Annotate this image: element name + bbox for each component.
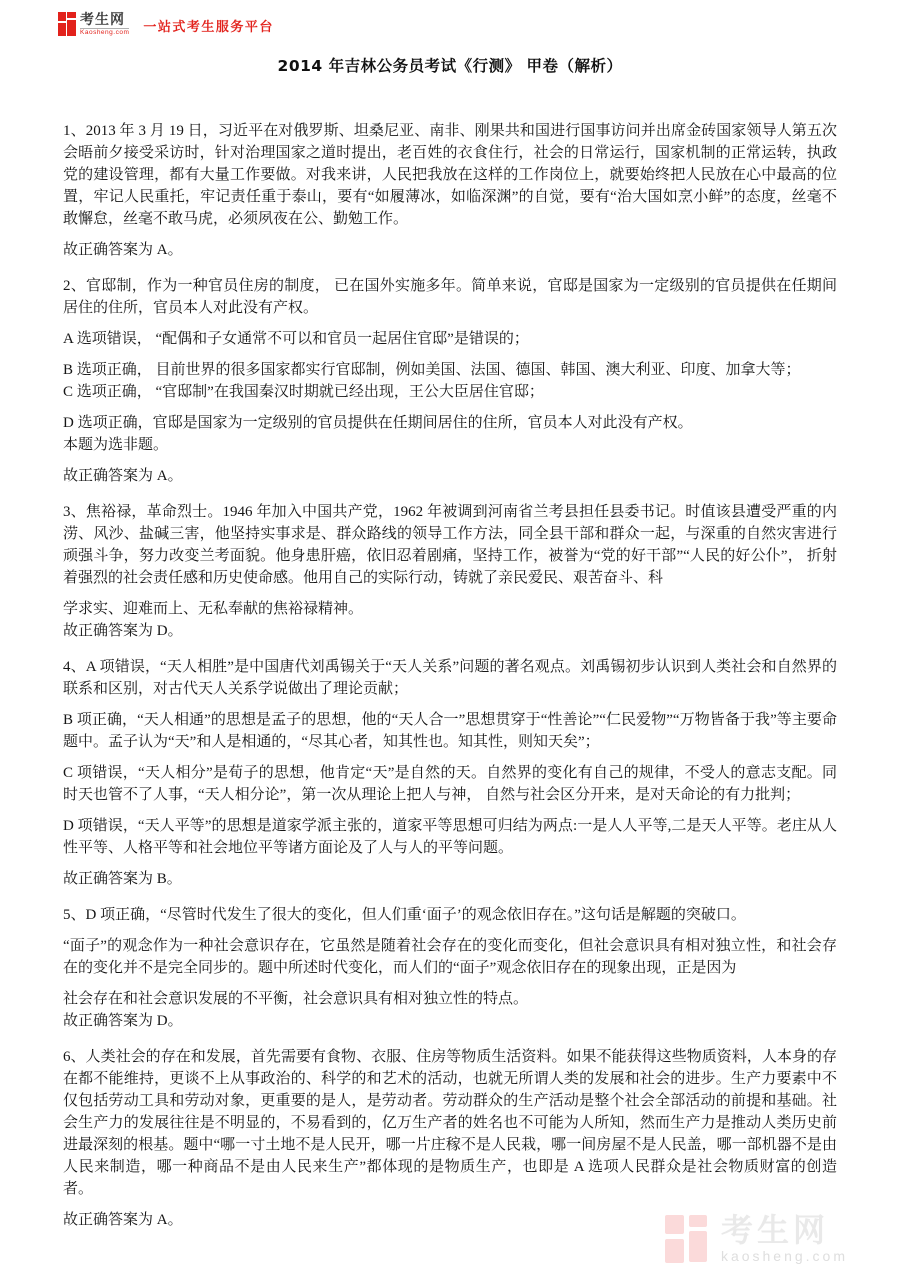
- paragraph: 6、人类社会的存在和发展，首先需要有食物、衣服、住房等物质生活资料。如果不能获得…: [63, 1046, 837, 1200]
- paragraph: D 选项正确，官邸是国家为一定级别的官员提供在任期间居住的住所，官员本人对此没有…: [63, 412, 837, 456]
- paragraph: 故正确答案为 A。: [63, 239, 837, 261]
- paragraph: 故正确答案为 B。: [63, 868, 837, 890]
- paragraph: 3、焦裕禄，革命烈士。1946 年加入中国共产党，1962 年被调到河南省兰考县…: [63, 501, 837, 589]
- question-1: 1、2013 年 3 月 19 日，习近平在对俄罗斯、坦桑尼亚、南非、刚果共和国…: [63, 120, 837, 261]
- site-logo: 考生网 Kaosheng.com 一站式考生服务平台: [58, 8, 837, 36]
- watermark-logo-domain: kaosheng.com: [721, 1249, 848, 1263]
- document-page: 考生网 Kaosheng.com 一站式考生服务平台 2014 年吉林公务员考试…: [0, 0, 900, 1231]
- logo-tagline: 一站式考生服务平台: [143, 16, 274, 36]
- page-title: 2014 年吉林公务员考试《行测》 甲卷（解析）: [63, 54, 837, 76]
- paragraph: 4、A 项错误，“天人相胜”是中国唐代刘禹锡关于“天人关系”问题的著名观点。刘禹…: [63, 656, 837, 700]
- paragraph: 1、2013 年 3 月 19 日，习近平在对俄罗斯、坦桑尼亚、南非、刚果共和国…: [63, 120, 837, 230]
- paragraph: 社会存在和社会意识发展的不平衡，社会意识具有相对独立性的特点。故正确答案为 D。: [63, 988, 837, 1032]
- paragraph: 学求实、迎难而上、无私奉献的焦裕禄精神。故正确答案为 D。: [63, 598, 837, 642]
- watermark-logo-name: 考生网: [721, 1214, 848, 1246]
- paragraph: 5、D 项正确，“尽管时代发生了很大的变化，但人们重‘面子’的观念依旧存在。”这…: [63, 904, 837, 926]
- question-3: 3、焦裕禄，革命烈士。1946 年加入中国共产党，1962 年被调到河南省兰考县…: [63, 501, 837, 642]
- paragraph: D 项错误，“天人平等”的思想是道家学派主张的，道家平等思想可归结为两点:一是人…: [63, 815, 837, 859]
- paragraph: C 项错误，“天人相分”是荀子的思想，他肯定“天”是自然的天。自然界的变化有自己…: [63, 762, 837, 806]
- questions: 1、2013 年 3 月 19 日，习近平在对俄罗斯、坦桑尼亚、南非、刚果共和国…: [63, 120, 837, 1231]
- logo-domain: Kaosheng.com: [80, 30, 129, 37]
- watermark: 考生网 kaosheng.com: [665, 1214, 848, 1263]
- question-2: 2、官邸制，作为一种官员住房的制度， 已在国外实施多年。简单来说，官邸是国家为一…: [63, 275, 837, 487]
- kaosheng-watermark-icon: [665, 1215, 709, 1263]
- question-6: 6、人类社会的存在和发展，首先需要有食物、衣服、住房等物质生活资料。如果不能获得…: [63, 1046, 837, 1231]
- paragraph: B 选项正确， 目前世界的很多国家都实行官邸制，例如美国、法国、德国、韩国、澳大…: [63, 359, 837, 403]
- paragraph: A 选项错误， “配偶和子女通常不可以和官员一起居住官邸”是错误的；: [63, 328, 837, 350]
- paragraph: 故正确答案为 A。: [63, 465, 837, 487]
- paragraph: B 项正确，“天人相通”的思想是孟子的思想，他的“天人合一”思想贯穿于“性善论”…: [63, 709, 837, 753]
- kaosheng-logo-icon: [58, 12, 76, 36]
- question-4: 4、A 项错误，“天人相胜”是中国唐代刘禹锡关于“天人关系”问题的著名观点。刘禹…: [63, 656, 837, 890]
- watermark-text: 考生网 kaosheng.com: [721, 1214, 848, 1263]
- logo-name: 考生网: [80, 13, 129, 29]
- logo-text: 考生网 Kaosheng.com: [80, 13, 129, 37]
- paragraph: “面子”的观念作为一种社会意识存在，它虽然是随着社会存在的变化而变化，但社会意识…: [63, 935, 837, 979]
- paragraph: 2、官邸制，作为一种官员住房的制度， 已在国外实施多年。简单来说，官邸是国家为一…: [63, 275, 837, 319]
- question-5: 5、D 项正确，“尽管时代发生了很大的变化，但人们重‘面子’的观念依旧存在。”这…: [63, 904, 837, 1032]
